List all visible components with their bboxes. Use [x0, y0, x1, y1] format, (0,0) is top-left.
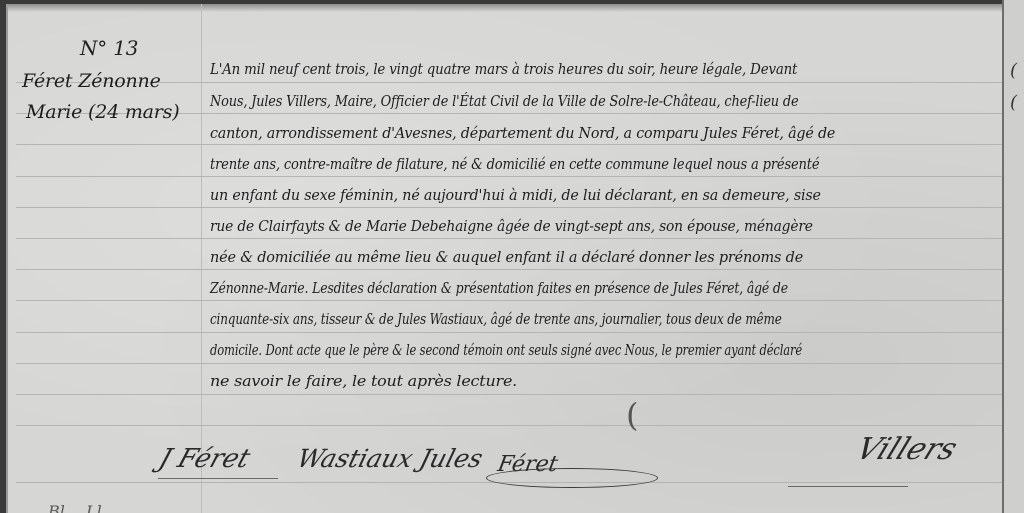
signature-wastiaux: Wastiaux Jules	[294, 444, 486, 473]
body-line-10: domicile. Dont acte que le père & le sec…	[210, 341, 802, 359]
margin-name-line-1: Féret Zénonne	[22, 70, 161, 92]
ruled-line	[16, 425, 1006, 426]
body-line-8: Zénonne-Marie. Lesdites déclaration & pr…	[210, 279, 788, 297]
register-page: N° 13 Féret Zénonne Marie (24 mars) L'An…	[6, 4, 1014, 513]
body-line-2: Nous, Jules Villers, Maire, Officier de …	[210, 92, 798, 110]
margin-name-line-2: Marie (24 mars)	[26, 101, 179, 123]
ruled-line	[16, 82, 1006, 83]
body-line-6: rue de Clairfayts & de Marie Debehaigne …	[210, 217, 813, 235]
page-top-shadow	[8, 4, 1014, 12]
signature-mayor-villers: Villers	[851, 432, 963, 467]
body-line-11: ne savoir le faire, le tout après lectur…	[210, 372, 517, 390]
ruled-line	[16, 207, 1006, 208]
right-page-fragment: (	[1010, 60, 1017, 81]
body-line-5: un enfant du sexe féminin, né aujourd'hu…	[210, 186, 821, 204]
ruled-line	[16, 176, 1006, 177]
body-line-9: cinquante-six ans, tisseur & de Jules Wa…	[210, 310, 782, 328]
margin-rule	[201, 4, 202, 513]
mayor-signature-line	[788, 486, 908, 487]
ruled-line	[16, 238, 1006, 239]
ruled-line	[16, 269, 1006, 270]
signature-feret: J Féret	[155, 444, 254, 474]
book-gutter: ( (	[1002, 0, 1024, 513]
ruled-line	[16, 300, 1006, 301]
body-line-7: née & domiciliée au même lieu & auquel e…	[210, 248, 803, 266]
body-line-1: L'An mil neuf cent trois, le vingt quatr…	[210, 60, 797, 78]
body-line-3: canton, arrondissement d'Avesnes, départ…	[210, 124, 835, 142]
next-entry-fragment: Bl… Ll…	[48, 502, 118, 513]
ruled-line	[16, 332, 1006, 333]
signature-feret-second: Féret	[496, 452, 560, 477]
ruled-line	[16, 363, 1006, 364]
ruled-line	[16, 394, 1006, 395]
right-page-fragment: (	[1010, 92, 1017, 113]
ruled-line	[16, 144, 1006, 145]
signature-underline	[158, 478, 278, 479]
body-line-4: trente ans, contre-maître de filature, n…	[210, 155, 819, 173]
entry-number: N° 13	[80, 36, 138, 60]
stray-mark: (	[626, 396, 638, 434]
